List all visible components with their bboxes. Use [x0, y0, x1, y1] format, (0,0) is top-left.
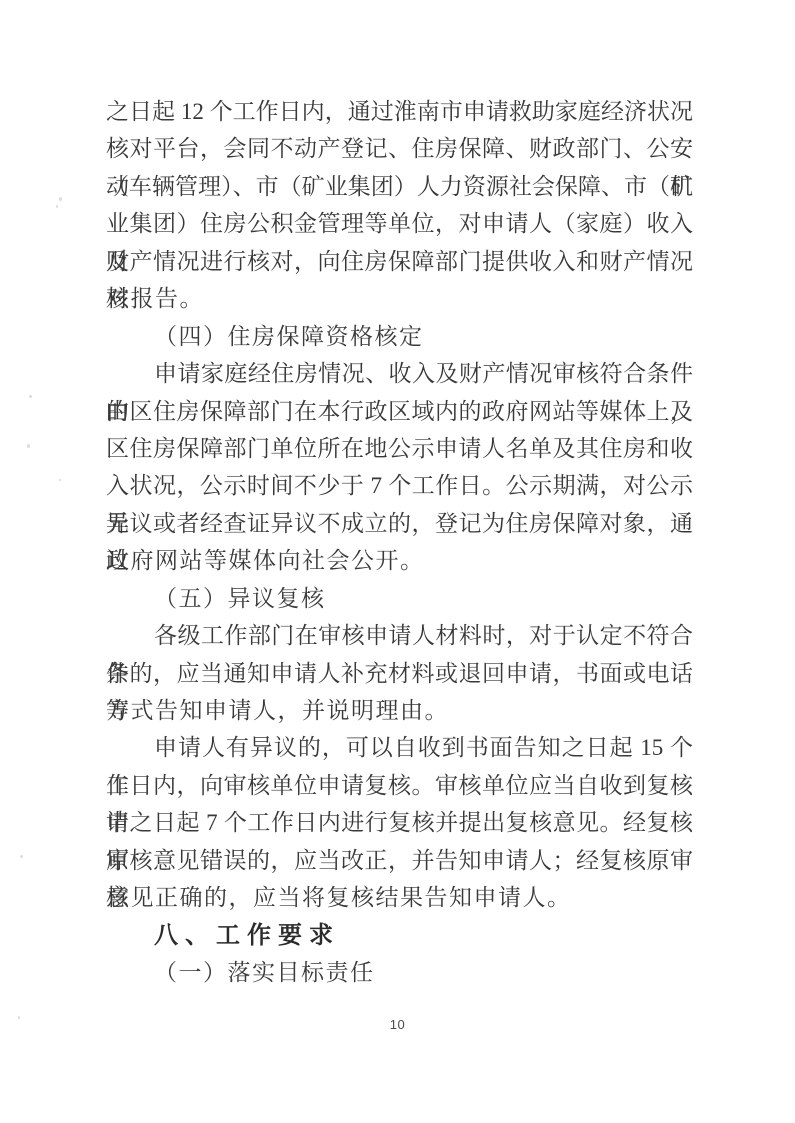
section-heading-4: （四）住房保障资格核定: [106, 318, 693, 355]
text-line: 意见正确的，应当将复核结果告知申请人。: [106, 879, 693, 916]
scan-artifact: [56, 205, 58, 208]
text-line: 财产情况进行核对，向住房保障部门提供收入和财产情况核: [106, 243, 693, 280]
text-line: 对报告。: [106, 280, 693, 317]
text-line: 审核意见错误的，应当改正，并告知申请人；经复核原审核: [106, 842, 693, 879]
text-line: 请之日起 7 个工作日内进行复核并提出复核意见。经复核原: [106, 804, 693, 841]
section-heading-5: （五）异议复核: [106, 580, 693, 617]
scan-artifact: [27, 444, 30, 448]
document-page: 之日起 12 个工作日内，通过淮南市申请救助家庭经济状况 核对平台，会同不动产登…: [0, 0, 795, 1123]
document-body: 之日起 12 个工作日内，通过淮南市申请救助家庭经济状况 核对平台，会同不动产登…: [106, 93, 693, 992]
scan-artifact: [29, 395, 32, 398]
page-number: 10: [0, 1017, 795, 1032]
scan-artifact: [18, 1016, 20, 1019]
text-line: 异议或者经查证异议不成立的，登记为住房保障对象，通过: [106, 505, 693, 542]
text-line: 核对平台，会同不动产登记、住房保障、财政部门、公安（机: [106, 130, 693, 167]
section-heading-8-1: （一）落实目标责任: [106, 954, 693, 991]
text-line: 申请家庭经住房情况、收入及财产情况审核符合条件的，: [106, 355, 693, 392]
text-line: 各级工作部门在审核申请人材料时，对于认定不符合条: [106, 617, 693, 654]
scan-artifact: [59, 479, 61, 481]
section-heading-8: 八、工作要求: [106, 917, 693, 954]
scan-artifact: [59, 197, 62, 201]
text-line: 业集团）住房公积金管理等单位，对申请人（家庭）收入及: [106, 205, 693, 242]
text-line: 方式告知申请人，并说明理由。: [106, 692, 693, 729]
text-line: 政府网站等媒体向社会公开。: [106, 542, 693, 579]
text-line: 申请人有异议的，可以自收到书面告知之日起 15 个工: [106, 729, 693, 766]
text-line: 动车辆管理）、市（矿业集团）人力资源社会保障、市（矿: [106, 168, 693, 205]
text-line: 作日内，向审核单位申请复核。审核单位应当自收到复核申: [106, 767, 693, 804]
text-line: 由区住房保障部门在本行政区域内的政府网站等媒体上及: [106, 393, 693, 430]
text-line: 件的，应当通知申请人补充材料或退回申请，书面或电话等: [106, 655, 693, 692]
text-line: 区住房保障部门单位所在地公示申请人名单及其住房和收: [106, 430, 693, 467]
text-line: 之日起 12 个工作日内，通过淮南市申请救助家庭经济状况: [106, 93, 693, 130]
scan-artifact: [20, 855, 23, 858]
text-line: 入状况，公示时间不少于 7 个工作日。公示期满，对公示无: [106, 467, 693, 504]
